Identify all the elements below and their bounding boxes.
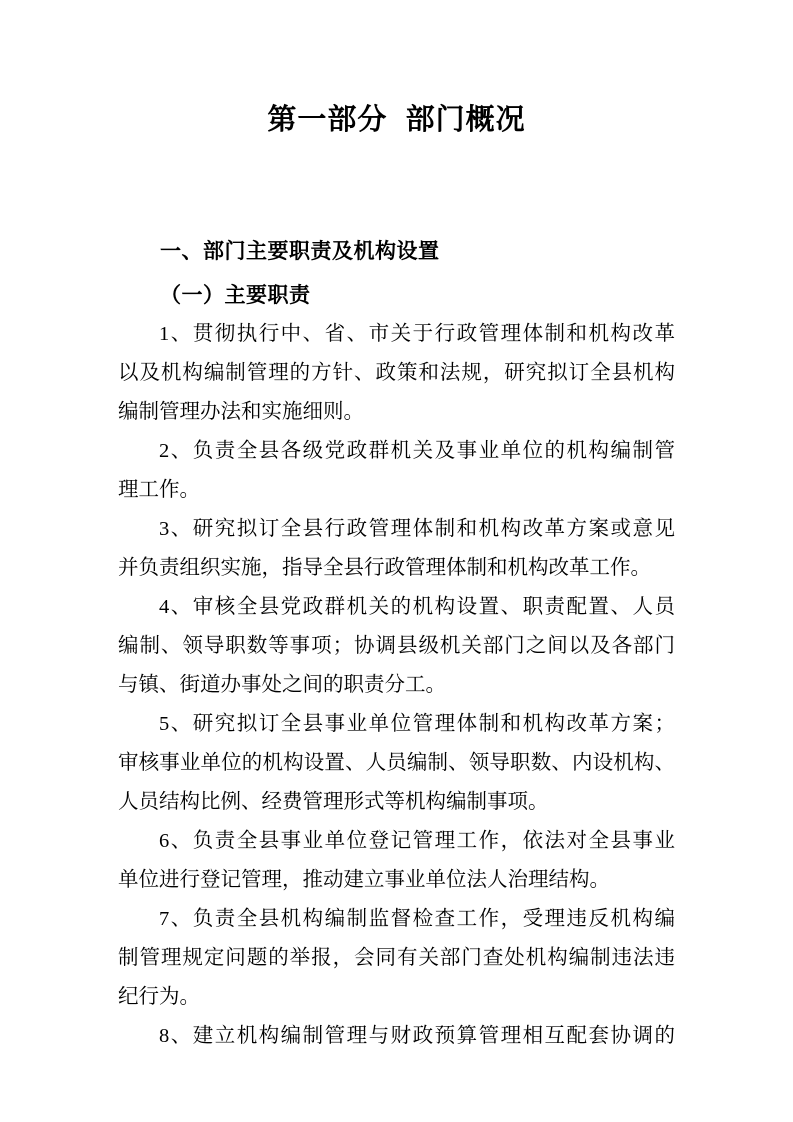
text-line: 2、负责全县各级党政群机关及事业单位的机构编制管 [118, 432, 675, 471]
paragraph: 7、负责全县机构编制监督检查工作，受理违反机构编制管理规定问题的举报，会同有关部… [118, 900, 675, 1017]
paragraph: 4、审核全县党政群机关的机构设置、职责配置、人员编制、领导职数等事项；协调县级机… [118, 588, 675, 705]
subsection-heading: （一）主要职责 [118, 275, 675, 315]
text-line: 制管理规定问题的举报，会同有关部门查处机构编制违法违 [118, 939, 675, 978]
paragraph: 1、贯彻执行中、省、市关于行政管理体制和机构改革以及机构编制管理的方针、政策和法… [118, 315, 675, 432]
paragraph: 6、负责全县事业单位登记管理工作，依法对全县事业单位进行登记管理，推动建立事业单… [118, 822, 675, 900]
text-line: 编制、领导职数等事项；协调县级机关部门之间以及各部门 [118, 627, 675, 666]
text-line: 以及机构编制管理的方针、政策和法规，研究拟订全县机构 [118, 354, 675, 393]
text-line: 审核事业单位的机构设置、人员编制、领导职数、内设机构、 [118, 744, 675, 783]
text-line: 8、建立机构编制管理与财政预算管理相互配套协调的 [118, 1017, 675, 1056]
paragraph: 2、负责全县各级党政群机关及事业单位的机构编制管理工作。 [118, 432, 675, 510]
text-line: 1、贯彻执行中、省、市关于行政管理体制和机构改革 [118, 315, 675, 354]
paragraphs: 1、贯彻执行中、省、市关于行政管理体制和机构改革以及机构编制管理的方针、政策和法… [118, 315, 675, 1056]
text-line: 编制管理办法和实施细则。 [118, 393, 675, 432]
paragraph: 5、研究拟订全县事业单位管理体制和机构改革方案；审核事业单位的机构设置、人员编制… [118, 705, 675, 822]
text-line: 4、审核全县党政群机关的机构设置、职责配置、人员 [118, 588, 675, 627]
text-line: 7、负责全县机构编制监督检查工作，受理违反机构编 [118, 900, 675, 939]
section-heading: 一、部门主要职责及机构设置 [118, 232, 675, 272]
text-line: 纪行为。 [118, 978, 675, 1017]
page-title: 第一部分 部门概况 [118, 98, 675, 142]
text-line: 人员结构比例、经费管理形式等机构编制事项。 [118, 783, 675, 822]
document-page: 第一部分 部门概况 一、部门主要职责及机构设置 （一）主要职责 1、贯彻执行中、… [0, 0, 793, 1122]
text-line: 单位进行登记管理，推动建立事业单位法人治理结构。 [118, 861, 675, 900]
text-line: 6、负责全县事业单位登记管理工作，依法对全县事业 [118, 822, 675, 861]
text-line: 3、研究拟订全县行政管理体制和机构改革方案或意见 [118, 510, 675, 549]
text-line: 5、研究拟订全县事业单位管理体制和机构改革方案； [118, 705, 675, 744]
paragraph: 3、研究拟订全县行政管理体制和机构改革方案或意见并负责组织实施，指导全县行政管理… [118, 510, 675, 588]
text-line: 与镇、街道办事处之间的职责分工。 [118, 666, 675, 705]
text-line: 理工作。 [118, 471, 675, 510]
text-line: 并负责组织实施，指导全县行政管理体制和机构改革工作。 [118, 549, 675, 588]
paragraph: 8、建立机构编制管理与财政预算管理相互配套协调的 [118, 1017, 675, 1056]
